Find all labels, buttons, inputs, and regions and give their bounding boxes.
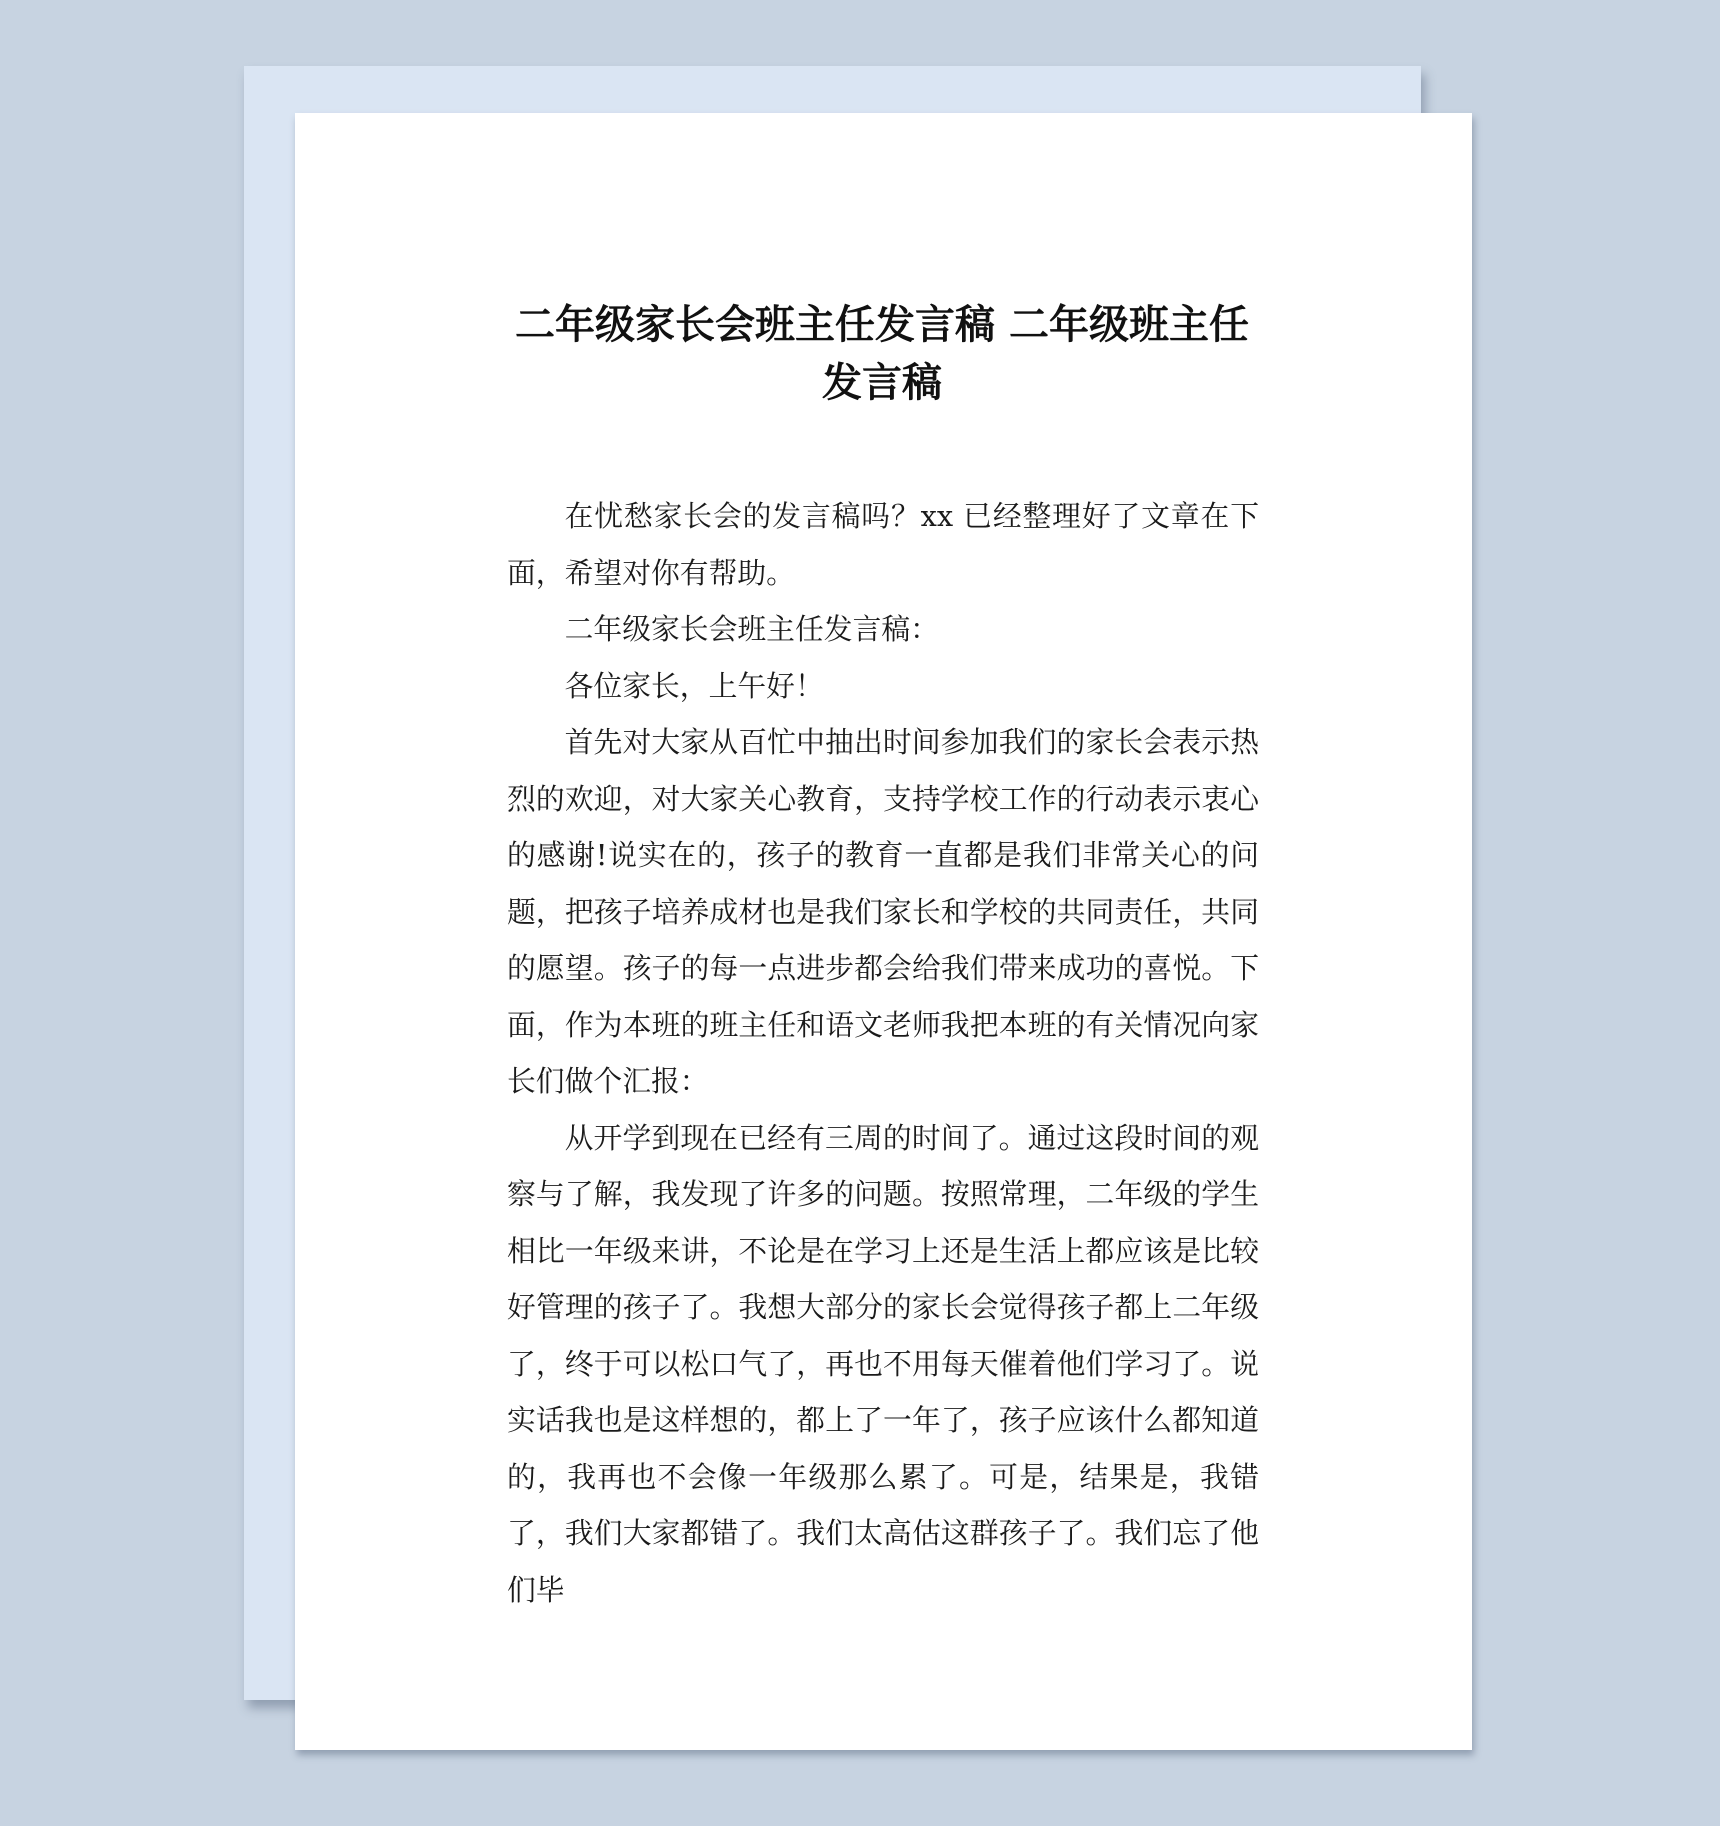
paragraph-greeting: 各位家长，上午好！: [507, 658, 1259, 715]
paragraph-observation: 从开学到现在已经有三周的时间了。通过这段时间的观察与了解，我发现了许多的问题。按…: [507, 1110, 1259, 1619]
document-title: 二年级家长会班主任发言稿 二年级班主任 发言稿: [507, 296, 1257, 412]
document-title-line-2: 发言稿: [822, 360, 942, 406]
paragraph-subtitle: 二年级家长会班主任发言稿：: [507, 601, 1259, 658]
document-title-line-1: 二年级家长会班主任发言稿 二年级班主任: [515, 302, 1249, 348]
document-body: 在忧愁家长会的发言稿吗？xx 已经整理好了文章在下面，希望对你有帮助。 二年级家…: [507, 488, 1259, 1618]
paragraph-intro: 在忧愁家长会的发言稿吗？xx 已经整理好了文章在下面，希望对你有帮助。: [507, 488, 1259, 601]
paragraph-welcome: 首先对大家从百忙中抽出时间参加我们的家长会表示热烈的欢迎，对大家关心教育，支持学…: [507, 714, 1259, 1110]
